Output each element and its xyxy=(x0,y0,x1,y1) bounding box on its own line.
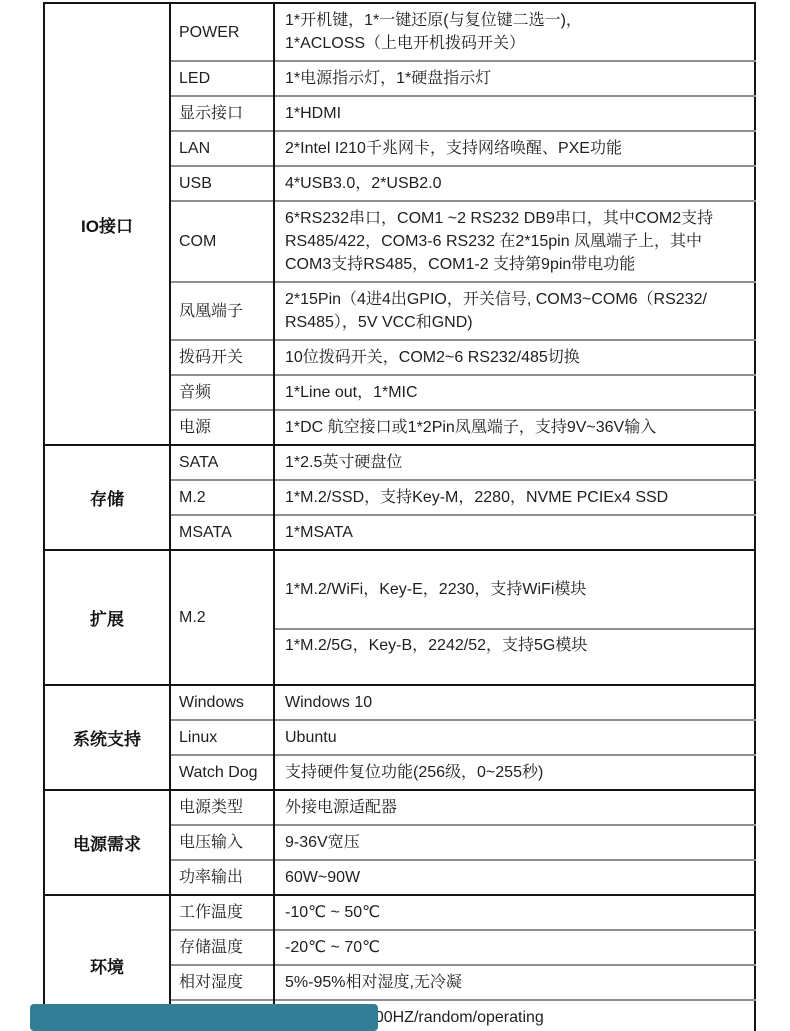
spec-value-cell: 2*Intel I210千兆网卡，支持网络唤醒、PXE功能 xyxy=(274,131,755,166)
spec-table-container: IO接口 POWER 1*开机键，1*一键还原(与复位键二选一)， 1*ACLO… xyxy=(43,2,756,1031)
table-row: 环境 工作温度 -10℃ ~ 50℃ xyxy=(44,895,755,930)
spec-item-cell: 工作温度 xyxy=(170,895,274,930)
spec-item-cell: 功率输出 xyxy=(170,860,274,895)
spec-item-cell: MSATA xyxy=(170,515,274,550)
table-row: 系统支持 Windows Windows 10 xyxy=(44,685,755,720)
spec-item-cell: 音频 xyxy=(170,375,274,410)
spec-value-cell: Ubuntu xyxy=(274,720,755,755)
table-row: 电源需求 电源类型 外接电源适配器 xyxy=(44,790,755,825)
spec-item-cell: LED xyxy=(170,61,274,96)
spec-value-cell: Windows 10 xyxy=(274,685,755,720)
spec-table: IO接口 POWER 1*开机键，1*一键还原(与复位键二选一)， 1*ACLO… xyxy=(43,2,756,1031)
spec-value-cell: 6*RS232串口，COM1 ~2 RS232 DB9串口，其中COM2支持 R… xyxy=(274,201,755,282)
spec-value-cell: 10位拨码开关，COM2~6 RS232/485切换 xyxy=(274,340,755,375)
spec-value-cell: 1*MSATA xyxy=(274,515,755,550)
spec-item-cell: 显示接口 xyxy=(170,96,274,131)
spec-item-cell: LAN xyxy=(170,131,274,166)
spec-item-cell: Linux xyxy=(170,720,274,755)
category-cell-expansion: 扩展 xyxy=(44,550,170,685)
spec-value-cell: 9-36V宽压 xyxy=(274,825,755,860)
spec-value-cell: 外接电源适配器 xyxy=(274,790,755,825)
spec-value-cell: 1*M.2/SSD，支持Key-M，2280，NVME PCIEx4 SSD xyxy=(274,480,755,515)
spec-value-cell: 60W~90W xyxy=(274,860,755,895)
table-row: 存储 SATA 1*2.5英寸硬盘位 xyxy=(44,445,755,480)
spec-item-cell: USB xyxy=(170,166,274,201)
spec-item-cell: M.2 xyxy=(170,550,274,685)
spec-value-cell: 支持硬件复位功能(256级，0~255秒) xyxy=(274,755,755,790)
spec-value-cell: 1*开机键，1*一键还原(与复位键二选一)， 1*ACLOSS（上电开机拨码开关… xyxy=(274,3,755,61)
spec-value-cell: 4*USB3.0，2*USB2.0 xyxy=(274,166,755,201)
spec-value-cell: 1*电源指示灯，1*硬盘指示灯 xyxy=(274,61,755,96)
spec-item-cell: 存储温度 xyxy=(170,930,274,965)
spec-item-cell: 电源类型 xyxy=(170,790,274,825)
spec-value-cell: 5%-95%相对湿度,无冷凝 xyxy=(274,965,755,1000)
spec-item-cell: Windows xyxy=(170,685,274,720)
spec-item-cell: M.2 xyxy=(170,480,274,515)
spec-value-cell: 1*DC 航空接口或1*2Pin凤凰端子，支持9V~36V输入 xyxy=(274,410,755,445)
spec-value-cell: 2*15Pin（4进4出GPIO，开关信号, COM3~COM6（RS232/ … xyxy=(274,282,755,340)
spec-value-cell: 1*2.5英寸硬盘位 xyxy=(274,445,755,480)
spec-value-cell: 1*Line out，1*MIC xyxy=(274,375,755,410)
spec-subvalue: 1*M.2/5G，Key-B，2242/52，支持5G模块 xyxy=(275,628,754,661)
table-row: 扩展 M.2 1*M.2/WiFi，Key-E，2230，支持WiFi模块 1*… xyxy=(44,550,755,685)
spec-item-cell: 凤凰端子 xyxy=(170,282,274,340)
spec-value-cell: 1*M.2/WiFi，Key-E，2230，支持WiFi模块 1*M.2/5G，… xyxy=(274,550,755,685)
category-cell-power: 电源需求 xyxy=(44,790,170,895)
spec-item-cell: Watch Dog xyxy=(170,755,274,790)
bottom-accent-bar xyxy=(30,1004,378,1031)
spec-item-cell: COM xyxy=(170,201,274,282)
spec-value-cell: 1*HDMI xyxy=(274,96,755,131)
table-row: IO接口 POWER 1*开机键，1*一键还原(与复位键二选一)， 1*ACLO… xyxy=(44,3,755,61)
spec-item-cell: 电压输入 xyxy=(170,825,274,860)
spec-item-cell: POWER xyxy=(170,3,274,61)
category-cell-io: IO接口 xyxy=(44,3,170,445)
spec-item-cell: 拨码开关 xyxy=(170,340,274,375)
spec-subvalue: 1*M.2/WiFi，Key-E，2230，支持WiFi模块 xyxy=(275,574,754,605)
spec-value-cell: -20℃ ~ 70℃ xyxy=(274,930,755,965)
spec-item-cell: SATA xyxy=(170,445,274,480)
spec-item-cell: 相对湿度 xyxy=(170,965,274,1000)
category-cell-os: 系统支持 xyxy=(44,685,170,790)
spec-value-cell: -10℃ ~ 50℃ xyxy=(274,895,755,930)
category-cell-storage: 存储 xyxy=(44,445,170,550)
spec-item-cell: 电源 xyxy=(170,410,274,445)
